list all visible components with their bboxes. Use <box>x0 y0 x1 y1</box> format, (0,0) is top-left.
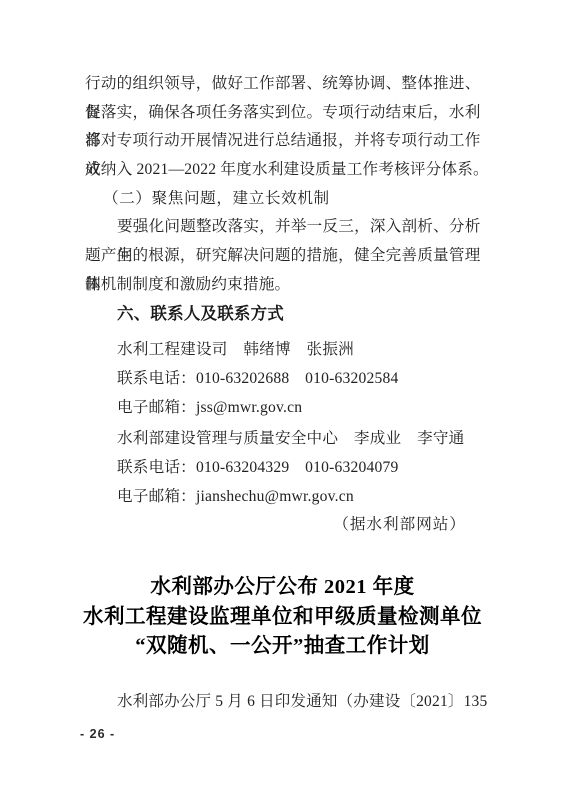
body-line: 要强化问题整改落实，并举一反三，深入剖析、分析问 <box>85 213 480 242</box>
body-line: 行动的组织领导，做好工作部署、统筹协调、整体推进、督 <box>85 70 480 99</box>
contact-line-email: 电子邮箱：jss@mwr.gov.cn <box>85 394 480 423</box>
section-heading-contacts: 六、联系人及联系方式 <box>85 300 480 329</box>
article-title-line-1: 水利部办公厅公布 2021 年度 <box>0 573 565 603</box>
contact-line-phone: 联系电话：010-63202688 010-63202584 <box>85 365 480 394</box>
body-text-block: 行动的组织领导，做好工作部署、统筹协调、整体推进、督 促落实，确保各项任务落实到… <box>85 70 480 540</box>
article-lead-line: 水利部办公厅 5 月 6 日印发通知（办建设〔2021〕135 <box>85 688 505 717</box>
contact-line-phone: 联系电话：010-63204329 010-63204079 <box>85 454 480 483</box>
body-line: 促落实，确保各项任务落实到位。专项行动结束后，水利部 <box>85 99 480 128</box>
source-attribution: （据水利部网站） <box>85 511 480 540</box>
body-line: 题产生的根源，研究解决问题的措施，健全完善质量管理体 <box>85 242 480 271</box>
page-number: - 26 - <box>80 727 115 741</box>
contact-line-department: 水利工程建设司 韩绪博 张振洲 <box>85 336 480 365</box>
document-page: 行动的组织领导，做好工作部署、统筹协调、整体推进、督 促落实，确保各项任务落实到… <box>0 0 565 800</box>
article-title-line-2: 水利工程建设监理单位和甲级质量检测单位 <box>0 603 565 633</box>
subsection-heading: （二）聚焦问题，建立长效机制 <box>85 185 480 214</box>
body-line: 制机制制度和激励约束措施。 <box>85 271 480 300</box>
contact-line-email: 电子邮箱：jianshechu@mwr.gov.cn <box>85 483 480 512</box>
body-line: 将对专项行动开展情况进行总结通报，并将专项行动工作成 <box>85 127 480 156</box>
body-line: 效纳入 2021—2022 年度水利建设质量工作考核评分体系。 <box>85 156 480 185</box>
contact-line-department: 水利部建设管理与质量安全中心 李成业 李守通 <box>85 425 480 454</box>
article-title: 水利部办公厅公布 2021 年度 水利工程建设监理单位和甲级质量检测单位 “双随… <box>0 573 565 662</box>
article-title-line-3: “双随机、一公开”抽查工作计划 <box>0 632 565 662</box>
